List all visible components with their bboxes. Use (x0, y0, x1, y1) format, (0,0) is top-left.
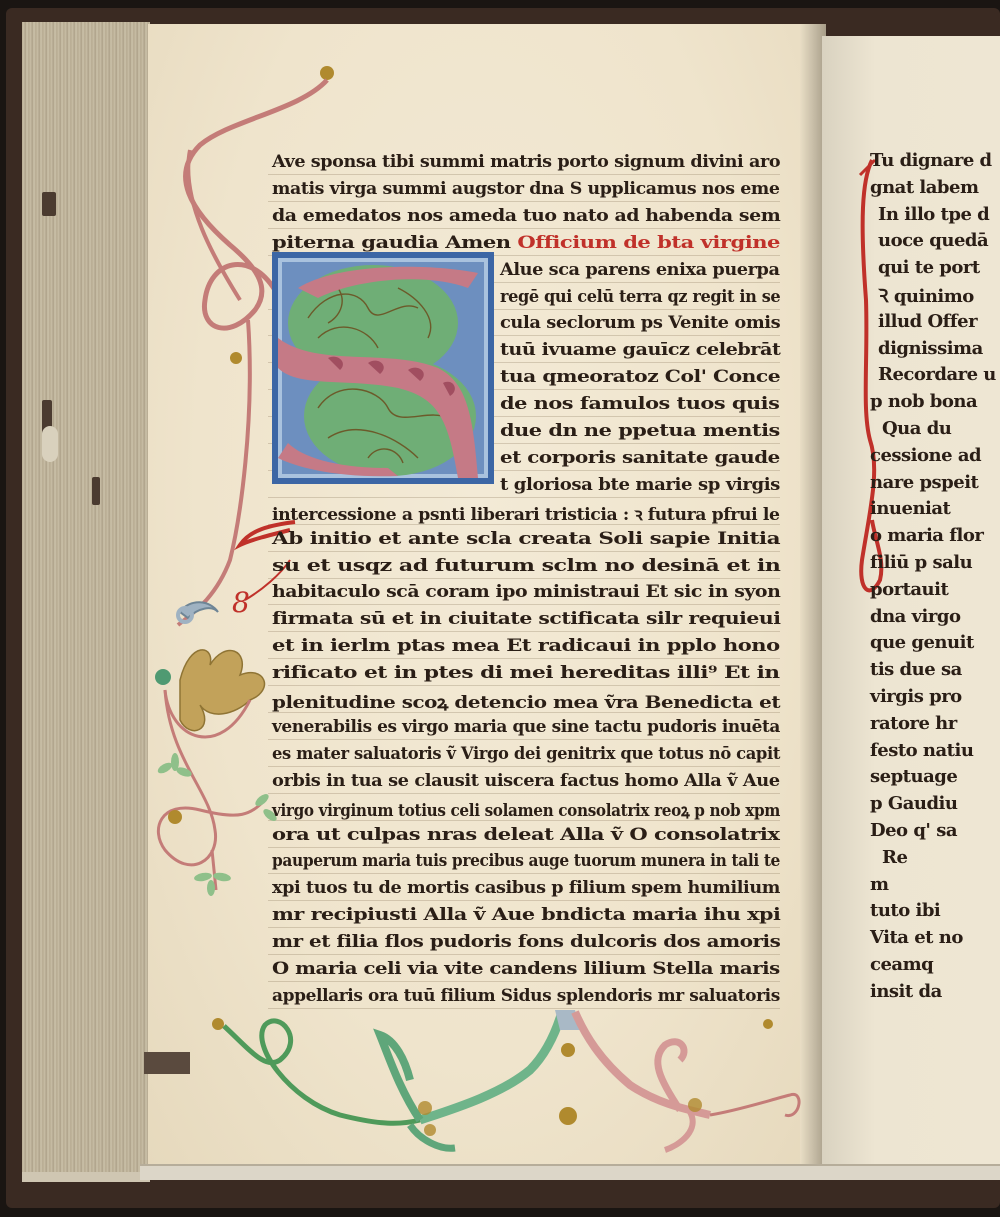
ruling-line (268, 981, 780, 982)
manuscript-line: Qua du (882, 418, 951, 439)
manuscript-line: Alue sca parens enixa puerpa (500, 260, 780, 280)
ruling-line (268, 631, 780, 632)
ruling-line (268, 578, 780, 579)
manuscript-line: septuage (870, 766, 957, 787)
manuscript-line: cula seclorum ps Venite omis (500, 313, 780, 333)
manuscript-line: p Gaudiu (870, 793, 958, 814)
manuscript-line: de nos famulos tuos quis (500, 394, 779, 414)
manuscript-line: nare pspeit (870, 472, 978, 493)
rubric-heading: Officium de bta virgine (511, 233, 780, 253)
ruling-line (268, 900, 780, 901)
manuscript-line: ceamq (870, 954, 933, 975)
fore-edge-tab (42, 192, 56, 216)
manuscript-line: inueniat (870, 498, 950, 519)
manuscript-line: cessione ad (870, 445, 981, 466)
manuscript-line: Ꝛ quinimo (878, 284, 974, 308)
ruling-line (268, 927, 780, 928)
ruling-line (268, 201, 780, 202)
manuscript-line: dignissima (878, 338, 983, 359)
manuscript-line: Ab initio et ante scla creata Soli sapie… (272, 529, 780, 549)
manuscript-line: Ave sponsa tibi summi matris porto signu… (272, 152, 780, 172)
manuscript-line: plenitudine scoꝝ detencio mea ṽra Benedi… (272, 690, 780, 713)
manuscript-line: Re (882, 847, 907, 868)
manuscript-line: virgo virginum totius celi solamen conso… (272, 798, 780, 821)
manuscript-line: mr et filia flos pudoris fons dulcoris d… (272, 932, 780, 952)
manuscript-line: piterna gaudia Amen Officium de bta virg… (272, 233, 780, 253)
manuscript-line: illud Offer (878, 311, 977, 332)
manuscript-line: Recordare u (878, 364, 996, 385)
manuscript-line: o maria flor (870, 525, 983, 546)
ruling-line (268, 873, 780, 874)
fore-edge-tab (92, 477, 100, 505)
ruling-line (268, 766, 780, 767)
manuscript-line: da emedatos nos ameda tuo nato ad habend… (272, 206, 780, 226)
ruling-line (268, 551, 780, 552)
manuscript-line: firmata sū et in ciuitate sctificata sil… (272, 609, 780, 629)
manuscript-line: Vita et no (870, 927, 963, 948)
manuscript-line: appellaris ora tuū filium Sidus splendor… (272, 986, 780, 1006)
manuscript-line: p nob bona (870, 391, 977, 412)
ruling-line (268, 497, 780, 498)
manuscript-line: m (870, 874, 889, 895)
manuscript-line: et corporis sanitate gaude (500, 448, 780, 468)
initial-s-icon (278, 258, 488, 478)
ruling-line (268, 793, 780, 794)
manuscript-line: intercessione a psnti liberari tristicia… (272, 502, 780, 525)
ruling-line (268, 604, 780, 605)
manuscript-line: ratore hr (870, 713, 957, 734)
ruling-line (268, 174, 780, 175)
manuscript-line: dna virgo (870, 606, 960, 627)
page-bottom-edge (140, 1164, 1000, 1180)
ruling-line (268, 228, 780, 229)
manuscript-line: regē qui celū terra qz regit in se (500, 287, 780, 307)
manuscript-line: tis due sa (870, 659, 962, 680)
manuscript-line: ora ut culpas nras deleat Alla ṽ O conso… (272, 825, 779, 845)
manuscript-line: habitaculo scā coram ipo ministraui Et s… (272, 582, 780, 602)
manuscript-line: portauit (870, 579, 948, 600)
ruling-line (268, 954, 780, 955)
illuminated-initial-s (272, 252, 494, 484)
manuscript-line: filiū p salu (870, 552, 972, 573)
manuscript-line: venerabilis es virgo maria que sine tact… (272, 717, 780, 737)
manuscript-line: pauperum maria tuis precibus auge tuorum… (272, 851, 780, 871)
manuscript-line: Tu dignare d (870, 150, 992, 171)
manuscript-line: orbis in tua se clausit uiscera factus h… (272, 771, 780, 791)
manuscript-line: rificato et in ptes di mei hereditas ill… (272, 663, 780, 683)
page-block-fore-edge (22, 22, 150, 1182)
manuscript-line: tuū ivuame gauīcz celebrāt (500, 340, 780, 360)
manuscript-line: insit da (870, 981, 942, 1002)
ruling-line (268, 685, 780, 686)
manuscript-line: tuto ibi (870, 900, 940, 921)
manuscript-line: su et usqz ad futurum sclm no desinā et … (272, 556, 780, 576)
manuscript-line: tua qmeoratoz Col' Conce (500, 367, 780, 387)
ruling-line (268, 1008, 780, 1009)
bookmark-tab (144, 1052, 190, 1074)
manuscript-line: qui te port (878, 257, 980, 278)
manuscript-line: t gloriosa bte marie sp virgis (500, 475, 780, 495)
manuscript-line: xpi tuos tu de mortis casibus p filium s… (272, 878, 780, 898)
manuscript-line: virgis pro (870, 686, 962, 707)
manuscript-line: festo natiu (870, 740, 973, 761)
manuscript-line: que genuit (870, 632, 974, 653)
manuscript-line: es mater saluatoris ṽ Virgo dei genitrix… (272, 744, 780, 764)
manuscript-line: gnat labem (870, 177, 979, 198)
manuscript-line: mr recipiusti Alla ṽ Aue bndicta maria i… (272, 905, 780, 925)
manuscript-line: In illo tpe d (878, 204, 989, 225)
ruling-line (268, 739, 780, 740)
manuscript-line: due dn ne ppetua mentis (500, 421, 780, 441)
manuscript-line: O maria celi via vite candens lilium Ste… (272, 959, 780, 979)
ruling-line (268, 847, 780, 848)
manuscript-line: matis virga summi augstor dna S upplicam… (272, 179, 780, 199)
fore-edge-tab (42, 426, 58, 462)
ruling-line (268, 658, 780, 659)
manuscript-line: uoce quedā (878, 230, 988, 251)
manuscript-line: Deo q' sa (870, 820, 957, 841)
manuscript-line: et in ierlm ptas mea Et radicaui in pplo… (272, 636, 780, 656)
